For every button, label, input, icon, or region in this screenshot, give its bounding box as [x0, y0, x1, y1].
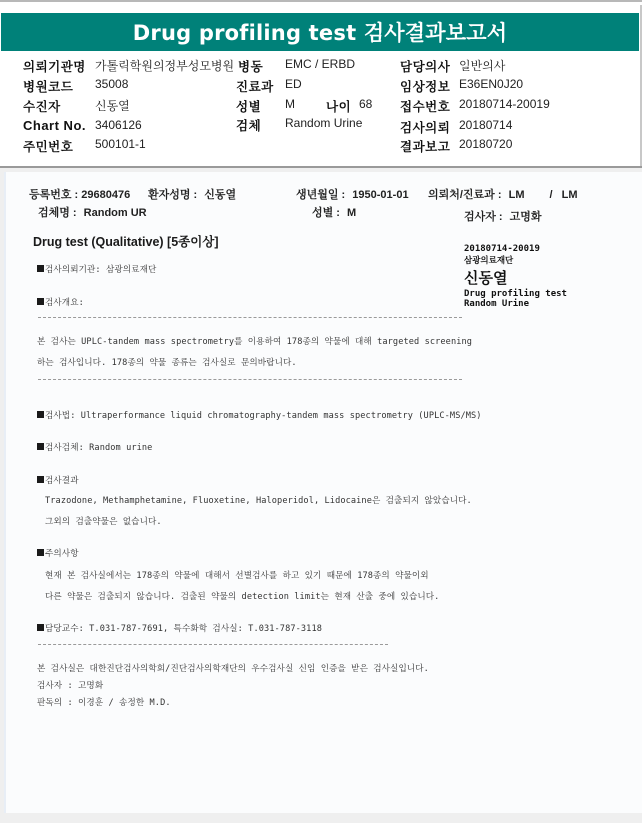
report-sex-value: M [347, 207, 356, 219]
patient-value: 신동열 [95, 97, 130, 114]
info-row-4: Chart No. 3406126 검체 Random Urine 검사의뢰 2… [0, 118, 642, 136]
clinical-info-value: E36EN0J20 [459, 77, 523, 91]
reg-no-value: 29680476 [81, 189, 130, 201]
result-label-line: 검사결과 [37, 474, 79, 486]
report-date-value: 20180720 [459, 137, 512, 151]
hospital-code-value: 35008 [95, 77, 128, 91]
caution-line-1: 현재 본 검사실에서는 178종의 약물에 대해서 선별검사를 하고 있기 때문… [45, 569, 429, 581]
result-line-2: 그외의 검출약물은 없습니다. [45, 515, 162, 527]
method-line: 검사법: Ultraperformance liquid chromatogra… [37, 409, 482, 421]
bullet-icon [37, 411, 44, 418]
specimen-value: Random Urine [285, 116, 362, 130]
referral-value: LM [509, 189, 525, 201]
referral-dept-value: LM [562, 189, 578, 201]
doctor-label: 담당의사 [400, 57, 450, 75]
caution-line-2: 다른 약물은 검출되지 않습니다. 검출된 약물의 detection limi… [45, 590, 439, 602]
institution-value: 가톨릭학원의정부성모병원 [95, 57, 234, 74]
chart-no-value: 3406126 [95, 118, 142, 132]
sticker-name: 신동열 [464, 267, 584, 288]
patient-info-grid: 의뢰기관명 가톨릭학원의정부성모병원 병동 EMC / ERBD 담당의사 일반… [0, 57, 642, 157]
department-label: 진료과 [236, 77, 274, 95]
scanned-report-page: 등록번호 : 29680476 환자성명 : 신동열 생년월일 : 1950-0… [4, 172, 642, 813]
reg-no-field: 등록번호 : 29680476 [29, 186, 130, 202]
contact-line: 담당교수: T.031-787-7691, 특수화학 검사실: T.031-78… [37, 622, 322, 634]
dob-field: 생년월일 : 1950-01-01 [296, 186, 409, 202]
method-text: 검사법: Ultraperformance liquid chromatogra… [45, 411, 482, 421]
section-title: Drug test (Qualitative) [5종이상] [33, 232, 219, 250]
tester-line: 검사자 : 고명화 [37, 679, 103, 691]
report-title: Drug profiling test 검사결과보고서 [1, 13, 639, 51]
report-tester-value: 고명화 [510, 211, 542, 223]
clinical-info-label: 임상정보 [400, 77, 450, 95]
bullet-icon [37, 476, 44, 483]
institution-label: 의뢰기관명 [23, 57, 86, 75]
report-tester-label: 검사자 : [464, 211, 503, 223]
sex-value: M [285, 97, 295, 111]
caution-label-line: 주의사항 [37, 547, 79, 559]
info-row-5: 주민번호 500101-1 결과보고 20180720 [0, 137, 642, 155]
specimen-name-field: 검체명 : Random UR [38, 204, 147, 220]
result-line-1: Trazodone, Methamphetamine, Fluoxetine, … [45, 494, 472, 506]
requesting-lab-text: 검사의뢰기관: 삼광의료재단 [45, 265, 156, 275]
result-label-text: 검사결과 [45, 476, 79, 486]
age-label: 나이 [326, 97, 351, 115]
report-sex-label: 성별 : [312, 207, 340, 219]
patient-label: 수진자 [23, 97, 61, 115]
scanned-report-area: 등록번호 : 29680476 환자성명 : 신동열 생년월일 : 1950-0… [0, 168, 642, 823]
department-value: ED [285, 77, 302, 91]
specimen-label-sticker: 20180714-20019 삼광의료재단 신동열 Drug profiling… [464, 244, 584, 309]
resident-no-label: 주민번호 [23, 137, 73, 155]
specimen-line: 검사검체: Random urine [37, 441, 152, 453]
specimen-name-value: Random UR [84, 207, 147, 219]
report-tester-field: 검사자 : 고명화 [464, 208, 542, 224]
dashed-divider [38, 644, 388, 645]
request-date-label: 검사의뢰 [400, 118, 450, 136]
request-date-value: 20180714 [459, 118, 512, 132]
certification-line: 본 검사실은 대한진단검사의학회/진단검사의학재단의 우수검사실 신임 인증을 … [37, 662, 429, 674]
bullet-icon [37, 624, 44, 631]
requesting-lab-line: 검사의뢰기관: 삼광의료재단 [37, 263, 156, 275]
sex-label: 성별 [236, 97, 261, 115]
referral-field: 의뢰처/진료과 : LM / LM [428, 186, 578, 202]
report-date-label: 결과보고 [400, 137, 450, 155]
bullet-icon [37, 265, 44, 272]
hospital-code-label: 병원코드 [23, 77, 73, 95]
sticker-specimen: Random Urine [464, 299, 584, 309]
chart-no-label: Chart No. [23, 118, 86, 133]
ward-value: EMC / ERBD [285, 57, 355, 71]
age-value: 68 [359, 97, 372, 111]
sticker-lab: 삼광의료재단 [464, 254, 584, 266]
contact-text: 담당교수: T.031-787-7691, 특수화학 검사실: T.031-78… [45, 624, 322, 634]
patient-name-label: 환자성명 : [148, 189, 197, 201]
patient-name-value: 신동열 [204, 189, 236, 201]
reader-line: 판독의 : 이경훈 / 송정한 M.D. [37, 696, 171, 708]
referral-separator: / [550, 189, 553, 201]
caution-label-text: 주의사항 [45, 549, 79, 559]
dob-value: 1950-01-01 [352, 189, 408, 201]
patient-name-field: 환자성명 : 신동열 [148, 186, 236, 202]
dob-label: 생년월일 : [296, 189, 345, 201]
info-row-3: 수진자 신동열 성별 M 나이 68 접수번호 20180714-20019 [0, 97, 642, 115]
dashed-divider [38, 379, 462, 380]
doctor-value: 일반의사 [459, 57, 505, 74]
bullet-icon [37, 549, 44, 556]
overview-line-1: 본 검사는 UPLC-tandem mass spectrometry를 이용하… [37, 335, 472, 347]
receipt-no-value: 20180714-20019 [459, 97, 550, 111]
info-row-2: 병원코드 35008 진료과 ED 임상정보 E36EN0J20 [0, 77, 642, 95]
bullet-icon [37, 298, 44, 305]
report-sex-field: 성별 : M [312, 204, 356, 220]
referral-label: 의뢰처/진료과 : [428, 189, 502, 201]
sticker-receipt: 20180714-20019 [464, 244, 584, 254]
overview-label-line: 검사개요: [37, 296, 84, 308]
reg-no-label: 등록번호 : [29, 189, 78, 201]
report-header-panel: Drug profiling test 검사결과보고서 의뢰기관명 가톨릭학원의… [0, 5, 642, 166]
specimen-name-label: 검체명 : [38, 207, 77, 219]
overview-label-text: 검사개요: [45, 298, 84, 308]
info-row-1: 의뢰기관명 가톨릭학원의정부성모병원 병동 EMC / ERBD 담당의사 일반… [0, 57, 642, 75]
overview-line-2: 하는 검사입니다. 178종의 약물 종류는 검사실로 문의바랍니다. [37, 356, 297, 368]
dashed-divider [38, 317, 462, 318]
specimen-text: 검사검체: Random urine [45, 443, 152, 453]
bullet-icon [37, 443, 44, 450]
receipt-no-label: 접수번호 [400, 97, 450, 115]
specimen-label: 검체 [236, 116, 261, 134]
sticker-test: Drug profiling test [464, 289, 584, 299]
resident-no-value: 500101-1 [95, 137, 146, 151]
ward-label: 병동 [238, 57, 263, 75]
